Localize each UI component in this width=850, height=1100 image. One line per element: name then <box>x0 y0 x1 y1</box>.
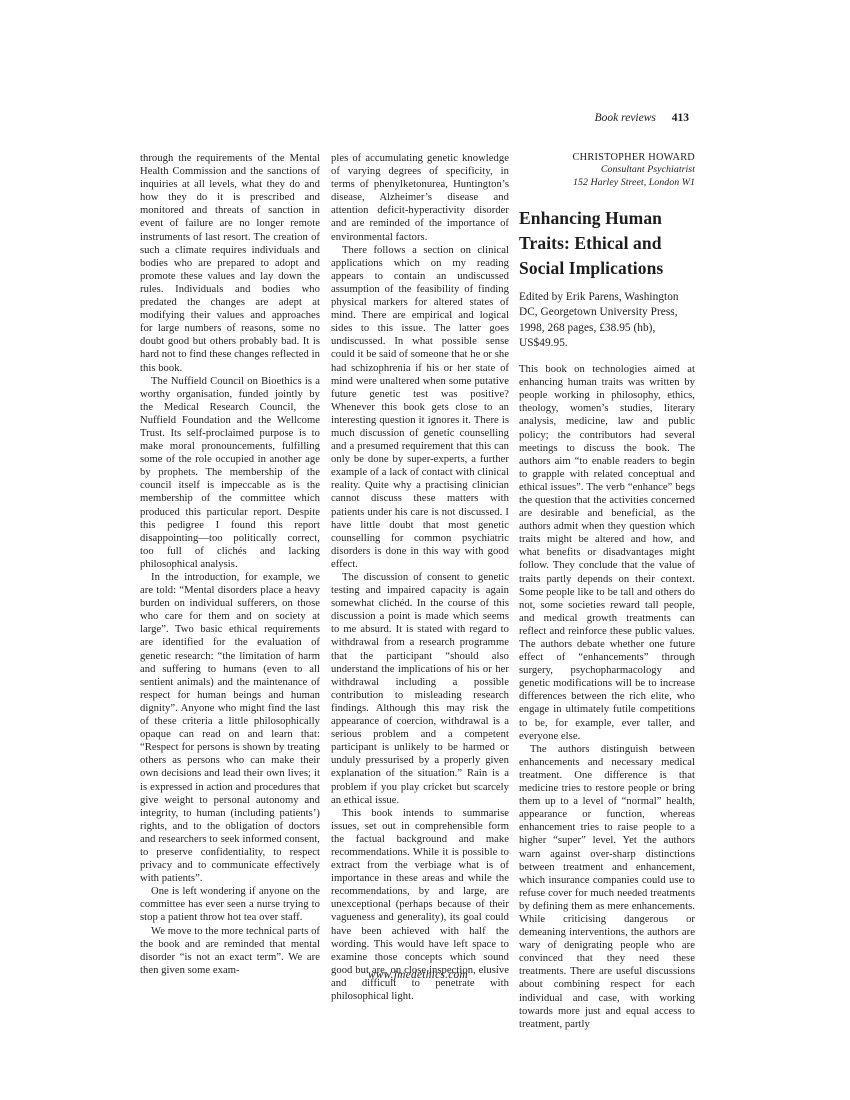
column-1: through the requirements of the Mental H… <box>140 152 320 977</box>
running-head: Book reviews 413 <box>595 112 689 124</box>
paragraph: One is left wondering if anyone on the c… <box>140 885 320 924</box>
column-3: CHRISTOPHER HOWARD Consultant Psychiatri… <box>519 152 695 1031</box>
reviewer-name: CHRISTOPHER HOWARD <box>519 152 695 164</box>
column-2: ples of accumulating genetic knowledge o… <box>331 152 509 1003</box>
reviewer-address: 152 Harley Street, London W1 <box>519 177 695 189</box>
paragraph: There follows a section on clinical appl… <box>331 244 509 571</box>
paragraph: through the requirements of the Mental H… <box>140 152 320 375</box>
running-head-page-number: 413 <box>672 112 689 124</box>
journal-page: Book reviews 413 through the requirement… <box>0 0 850 1100</box>
reviewer-role: Consultant Psychiatrist <box>519 164 695 176</box>
journal-url: www.jmedethics.com <box>140 969 696 981</box>
paragraph: The discussion of consent to genetic tes… <box>331 571 509 807</box>
review-body: This book on technologies aimed at enhan… <box>519 363 695 1031</box>
running-head-section: Book reviews <box>595 112 656 124</box>
paragraph: The authors distinguish between enhancem… <box>519 743 695 1031</box>
paragraph: The Nuffield Council on Bioethics is a w… <box>140 375 320 571</box>
review-title: Enhancing Human Traits: Ethical and Soci… <box>519 206 695 281</box>
paragraph: In the introduction, for example, we are… <box>140 571 320 885</box>
paragraph: ples of accumulating genetic knowledge o… <box>331 152 509 244</box>
paragraph: This book on technologies aimed at enhan… <box>519 363 695 743</box>
reviewer-byline: CHRISTOPHER HOWARD Consultant Psychiatri… <box>519 152 695 189</box>
publication-info: Edited by Erik Parens, Washington DC, Ge… <box>519 290 695 351</box>
